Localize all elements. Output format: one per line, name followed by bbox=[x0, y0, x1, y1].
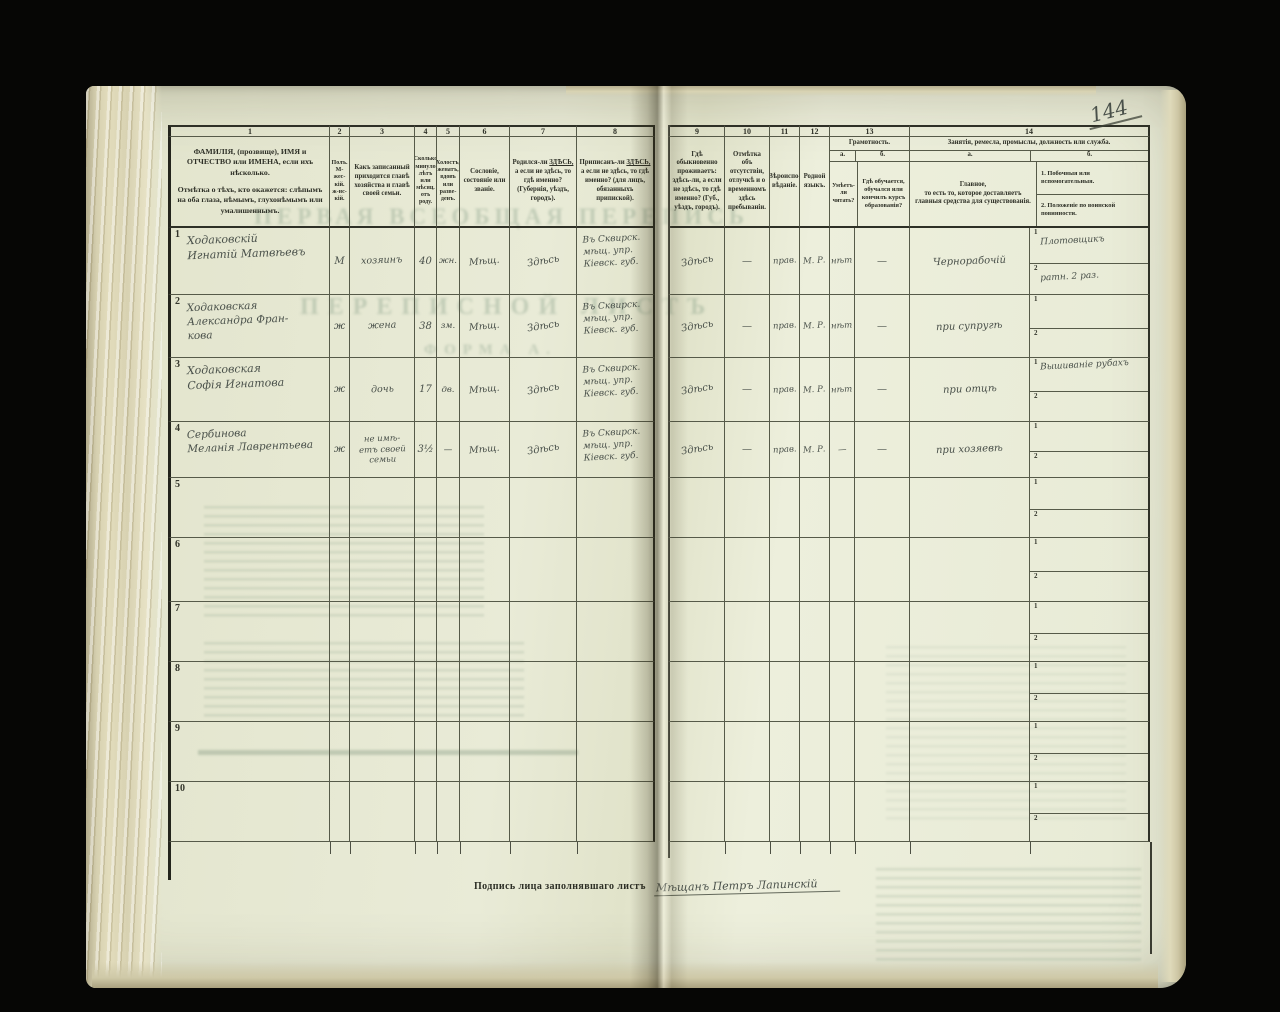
cell-registration: Въ Сквирск. мѣщ. упр. Кіевск. губ. bbox=[577, 422, 655, 478]
header-literacy-sublabels: а. б. bbox=[830, 151, 909, 162]
cell-registration bbox=[577, 722, 655, 782]
cell-sex: ж bbox=[330, 358, 350, 422]
cell-marital: жн. bbox=[437, 228, 460, 295]
cell-birthplace bbox=[510, 478, 577, 538]
header-surname-p1: ФАМИЛІЯ, (прозвище), ИМЯ и ОТЧЕСТВО или … bbox=[177, 147, 323, 179]
cell-name: 1Ходаковскій Игнатій Матвѣевъ bbox=[168, 228, 330, 295]
cell-residence bbox=[668, 538, 725, 602]
header-estate: Сословіе, состояніе или званіе. bbox=[460, 137, 510, 228]
cell-occupation-side: 1Вышиваніе рубахъ 2 bbox=[1030, 358, 1150, 422]
hw-occupation-main: Чернорабочій bbox=[933, 254, 1006, 268]
cell-sex: ж bbox=[330, 295, 350, 358]
hw-age: 38 bbox=[419, 321, 432, 332]
cell-occupation-main: Чернорабочій bbox=[910, 228, 1030, 295]
hw-name: Ходаковскій Игнатій Матвѣевъ bbox=[170, 228, 329, 264]
cell-literacy-b: — bbox=[855, 228, 910, 295]
cell-birthplace bbox=[510, 538, 577, 602]
column-line-extension bbox=[830, 842, 831, 854]
header-registration-text: Приписанъ-ли ЗДѢСЬ, а если не здѣсь, то … bbox=[579, 159, 651, 203]
sidebox-label: 1 bbox=[1034, 478, 1038, 486]
cell-age bbox=[415, 782, 437, 842]
cell-occupation-main bbox=[910, 782, 1030, 842]
cell-literacy-b: — bbox=[855, 295, 910, 358]
hw-religion: прав. bbox=[772, 444, 796, 455]
hw-birthplace: Здѣсь bbox=[526, 318, 560, 334]
cell-religion: прав. bbox=[770, 228, 800, 295]
hw-absence: — bbox=[742, 384, 752, 395]
hw-absence: — bbox=[742, 321, 752, 332]
header-absence: Отмѣтка объ отсутствіи, отлучкѣ и о врем… bbox=[725, 137, 770, 228]
cell-birthplace bbox=[510, 782, 577, 842]
cell-age bbox=[415, 602, 437, 662]
hw-relation: не имѣ- етъ своей семьи bbox=[358, 433, 406, 466]
cell-relation bbox=[350, 722, 415, 782]
gutter-gap bbox=[655, 228, 668, 295]
header-surname-p2: Отмѣтка о тѣхъ, кто окажется: слѣпымъ на… bbox=[177, 185, 323, 217]
sidebox-1: 1 bbox=[1030, 422, 1148, 452]
page-edge-stack-left bbox=[86, 86, 162, 988]
hw-occupation-side1: Плотовщикъ bbox=[1030, 228, 1148, 248]
record-row-3: 3Ходаковская Софія Игнатова ж дочь 17 дв… bbox=[168, 358, 1150, 422]
cell-birthplace: Здѣсь bbox=[510, 228, 577, 295]
cell-literacy-a: нѣт bbox=[830, 358, 855, 422]
gutter-gap bbox=[655, 422, 668, 478]
cell-absence: — bbox=[725, 358, 770, 422]
hw-estate: Мѣщ. bbox=[469, 443, 500, 457]
label-b: б. bbox=[1031, 151, 1148, 161]
cell-age: 3½ bbox=[415, 422, 437, 478]
record-row-8: 8 1 2 bbox=[168, 662, 1150, 722]
cell-residence bbox=[668, 602, 725, 662]
cell-occupation-side: 1 2 bbox=[1030, 422, 1150, 478]
cell-sex bbox=[330, 662, 350, 722]
hw-literacy-b: — bbox=[877, 321, 887, 332]
cell-literacy-a bbox=[830, 538, 855, 602]
cell-absence bbox=[725, 602, 770, 662]
cell-residence bbox=[668, 782, 725, 842]
hw-birthplace: Здѣсь bbox=[526, 442, 560, 458]
cell-name: 10 bbox=[168, 782, 330, 842]
hw-sex: ж bbox=[334, 321, 345, 332]
cell-religion bbox=[770, 782, 800, 842]
cell-literacy-a bbox=[830, 478, 855, 538]
cell-literacy-a bbox=[830, 722, 855, 782]
page-edge-stack-top bbox=[566, 86, 1096, 96]
header-literacy-title: Грамотность. bbox=[830, 137, 909, 151]
cell-occupation-side: 1 2 bbox=[1030, 722, 1150, 782]
header-occupation-title: Занятія, ремесла, промыслы, должность ил… bbox=[910, 137, 1148, 151]
cell-literacy-b bbox=[855, 478, 910, 538]
cell-marital: — bbox=[437, 422, 460, 478]
cell-name: 6 bbox=[168, 538, 330, 602]
cell-birthplace: Здѣсь bbox=[510, 295, 577, 358]
colnum-12: 12 bbox=[800, 125, 830, 137]
sidebox-label: 1 bbox=[1034, 782, 1038, 790]
signature-label: Подпись лица заполнявшаго листъ bbox=[474, 881, 646, 892]
header-row: ФАМИЛІЯ, (прозвище), ИМЯ и ОТЧЕСТВО или … bbox=[168, 137, 1150, 228]
cell-occupation-side: 1 2 bbox=[1030, 602, 1150, 662]
sidebox-1: 1 bbox=[1030, 538, 1148, 572]
column-line-extension bbox=[725, 842, 726, 854]
gutter-gap bbox=[655, 538, 668, 602]
cell-registration bbox=[577, 782, 655, 842]
hw-literacy-a: нѣт bbox=[831, 255, 853, 266]
hw-registration: Въ Сквирск. мѣщ. упр. Кіевск. губ. bbox=[577, 422, 654, 465]
cell-sex bbox=[330, 538, 350, 602]
cell-marital: зм. bbox=[437, 295, 460, 358]
sidebox-1: 1 bbox=[1030, 722, 1148, 754]
cell-birthplace bbox=[510, 602, 577, 662]
hw-estate: Мѣщ. bbox=[469, 254, 500, 268]
cell-registration bbox=[577, 662, 655, 722]
book-page-spread: ПЕРВАЯ ВСЕОБЩАЯ ПЕРЕПИСЬ ПЕРЕПИСНОЙ ЛИСТ… bbox=[86, 86, 1186, 988]
cell-relation bbox=[350, 782, 415, 842]
cell-age bbox=[415, 722, 437, 782]
cell-residence bbox=[668, 478, 725, 538]
hw-registration: Въ Сквирск. мѣщ. упр. Кіевск. губ. bbox=[577, 228, 654, 271]
hw-occupation-side1 bbox=[1030, 422, 1148, 432]
header-language: Родной языкъ. bbox=[800, 137, 830, 228]
cell-birthplace: Здѣсь bbox=[510, 422, 577, 478]
colnum-13: 13 bbox=[830, 125, 910, 137]
header-occupation-side1: 1. Побочныя или вспомогательныя. bbox=[1037, 162, 1148, 195]
cell-relation bbox=[350, 478, 415, 538]
cell-registration: Въ Сквирск. мѣщ. упр. Кіевск. губ. bbox=[577, 358, 655, 422]
hw-occupation-main: при супругѣ bbox=[936, 319, 1003, 332]
hw-occupation-side2: ратн. 2 раз. bbox=[1030, 261, 1148, 284]
hw-relation: жена bbox=[368, 320, 397, 333]
hw-registration: Въ Сквирск. мѣщ. упр. Кіевск. губ. bbox=[577, 358, 654, 401]
column-line-extension bbox=[800, 842, 801, 854]
sidebox-2: 2 bbox=[1030, 814, 1148, 841]
cell-religion: прав. bbox=[770, 422, 800, 478]
column-line-extension bbox=[330, 842, 331, 854]
hw-birthplace: Здѣсь bbox=[526, 382, 560, 398]
t: а если не здѣсь, то гдѣ именно? (Губерні… bbox=[515, 168, 571, 201]
header-age: Сколько минуло лѣтъ или мѣсяц. отъ роду. bbox=[415, 137, 437, 228]
t: Родился-ли bbox=[513, 159, 548, 166]
sidebox-2: 2 bbox=[1030, 392, 1148, 421]
sidebox-1: 1Вышиваніе рубахъ bbox=[1030, 358, 1148, 392]
label-a: а. bbox=[830, 151, 856, 161]
header-occupation-main: Главное, то есть то, которое доставляетъ… bbox=[910, 162, 1037, 226]
record-row-9: 9 1 2 bbox=[168, 722, 1150, 782]
header-occupation-subcells: Главное, то есть то, которое доставляетъ… bbox=[910, 162, 1148, 226]
label-a: а. bbox=[910, 151, 1031, 161]
record-row-1: 1Ходаковскій Игнатій Матвѣевъ М хозяинъ … bbox=[168, 228, 1150, 295]
cell-name: 2Ходаковская Александра Фран- кова bbox=[168, 295, 330, 358]
column-line-extension bbox=[168, 842, 171, 880]
hw-sex: М bbox=[334, 256, 344, 267]
sidebox-label: 1 bbox=[1034, 538, 1038, 546]
sidebox-label: 2 bbox=[1034, 814, 1038, 822]
cell-registration: Въ Сквирск. мѣщ. упр. Кіевск. губ. bbox=[577, 295, 655, 358]
sidebox-2: 2 bbox=[1030, 452, 1148, 477]
cell-occupation-side: 1 2 bbox=[1030, 662, 1150, 722]
cell-name: 3Ходаковская Софія Игнатова bbox=[168, 358, 330, 422]
cell-residence: Здѣсь bbox=[668, 422, 725, 478]
header-relation: Какъ записанный приходится главѣ хозяйст… bbox=[350, 137, 415, 228]
sidebox-2: 2 bbox=[1030, 754, 1148, 781]
cell-birthplace bbox=[510, 662, 577, 722]
cell-literacy-b bbox=[855, 662, 910, 722]
header-sex: Полъ. М-жес- кій. ж-нс- кій. bbox=[330, 137, 350, 228]
column-line-extension bbox=[350, 842, 351, 854]
cell-literacy-a: — bbox=[830, 422, 855, 478]
sidebox-label: 2 bbox=[1034, 694, 1038, 702]
column-line-extension bbox=[1030, 842, 1031, 854]
hw-residence: Здѣсь bbox=[680, 253, 714, 269]
hw-religion: прав. bbox=[772, 384, 796, 395]
cell-occupation-main bbox=[910, 662, 1030, 722]
sidebox-1: 1 bbox=[1030, 295, 1148, 329]
t: а если не здѣсь, то гдѣ именно? (для лиц… bbox=[581, 168, 649, 201]
header-literacy-b: Гдѣ обучается, обучался или кончилъ курс… bbox=[858, 162, 909, 226]
hw-occupation-side1: Вышиваніе рубахъ bbox=[1030, 358, 1148, 373]
sidebox-1: 1 bbox=[1030, 662, 1148, 694]
colnum-8: 8 bbox=[577, 125, 655, 137]
header-occupation: Занятія, ремесла, промыслы, должность ил… bbox=[910, 137, 1150, 228]
cell-estate bbox=[460, 602, 510, 662]
header-marital: Холостъ, женатъ, вдовъ или разве- денъ. bbox=[437, 137, 460, 228]
cell-language: М. Р. bbox=[800, 358, 830, 422]
hw-residence: Здѣсь bbox=[680, 442, 714, 458]
handwritten-signature: Мѣщанъ Петръ Лапинскій bbox=[654, 877, 840, 897]
sidebox-2: 2 bbox=[1030, 510, 1148, 537]
cell-occupation-main: при отцѣ bbox=[910, 358, 1030, 422]
hw-residence: Здѣсь bbox=[680, 382, 714, 398]
gutter-gap bbox=[655, 478, 668, 538]
cell-birthplace: Здѣсь bbox=[510, 358, 577, 422]
hw-language: М. Р. bbox=[803, 384, 826, 395]
colnum-6: 6 bbox=[460, 125, 510, 137]
sidebox-2: 2ратн. 2 раз. bbox=[1030, 264, 1148, 294]
cell-registration bbox=[577, 602, 655, 662]
cell-age bbox=[415, 478, 437, 538]
cell-age bbox=[415, 662, 437, 722]
colnum-11: 11 bbox=[770, 125, 800, 137]
hw-language: М. Р. bbox=[803, 320, 826, 331]
cell-literacy-a bbox=[830, 782, 855, 842]
column-number-row: 1 2 3 4 5 6 7 8 9 10 11 12 13 14 bbox=[168, 125, 1150, 137]
cell-religion bbox=[770, 662, 800, 722]
hw-age: 3½ bbox=[417, 444, 433, 455]
column-line-extension bbox=[415, 842, 416, 854]
gutter-gap bbox=[655, 358, 668, 422]
header-birthplace-text: Родился-ли ЗДѢСЬ, а если не здѣсь, то гд… bbox=[512, 159, 574, 203]
cell-occupation-main bbox=[910, 722, 1030, 782]
hw-religion: прав. bbox=[772, 255, 796, 266]
sidebox-label: 1 bbox=[1034, 662, 1038, 670]
cell-residence: Здѣсь bbox=[668, 295, 725, 358]
cell-estate bbox=[460, 478, 510, 538]
header-literacy-subcells: Умѣетъ- ли читать? Гдѣ обучается, обучал… bbox=[830, 162, 909, 226]
gutter-gap bbox=[655, 722, 668, 782]
gutter-gap bbox=[655, 782, 668, 842]
column-line-extension bbox=[577, 842, 578, 854]
cell-occupation-main: при супругѣ bbox=[910, 295, 1030, 358]
cell-estate: Мѣщ. bbox=[460, 422, 510, 478]
column-line-extension bbox=[1150, 842, 1152, 954]
sidebox-label: 2 bbox=[1034, 572, 1038, 580]
cell-occupation-main bbox=[910, 602, 1030, 662]
colnum-9: 9 bbox=[668, 125, 725, 137]
sidebox-1: 1 bbox=[1030, 478, 1148, 510]
cell-literacy-a bbox=[830, 662, 855, 722]
bleed-through-paragraph bbox=[876, 868, 1141, 963]
cell-absence bbox=[725, 782, 770, 842]
column-line-extension bbox=[510, 842, 511, 854]
hw-occupation-main: при хозяевѣ bbox=[936, 443, 1003, 456]
cell-literacy-b bbox=[855, 538, 910, 602]
cell-literacy-a: нѣт bbox=[830, 228, 855, 295]
hw-literacy-b: — bbox=[877, 384, 887, 395]
hw-marital: зм. bbox=[441, 321, 455, 331]
cell-religion: прав. bbox=[770, 358, 800, 422]
cell-literacy-b bbox=[855, 722, 910, 782]
record-row-7: 7 1 2 bbox=[168, 602, 1150, 662]
sidebox-2: 2 bbox=[1030, 572, 1148, 601]
hw-literacy-a: — bbox=[837, 444, 846, 454]
cell-absence: — bbox=[725, 422, 770, 478]
hw-relation: дочь bbox=[370, 383, 393, 396]
record-row-5: 5 1 2 bbox=[168, 478, 1150, 538]
hw-absence: — bbox=[742, 256, 752, 267]
cell-name: 7 bbox=[168, 602, 330, 662]
cell-relation bbox=[350, 602, 415, 662]
sidebox-1: 1Плотовщикъ bbox=[1030, 228, 1148, 264]
hw-sex: ж bbox=[334, 384, 345, 395]
column-line-extension bbox=[910, 842, 911, 854]
header-literacy: Грамотность. а. б. Умѣетъ- ли читать? Гд… bbox=[830, 137, 910, 228]
cell-sex bbox=[330, 602, 350, 662]
cell-absence bbox=[725, 478, 770, 538]
cell-birthplace bbox=[510, 722, 577, 782]
cell-registration: Въ Сквирск. мѣщ. упр. Кіевск. губ. bbox=[577, 228, 655, 295]
cell-occupation-main: при хозяевѣ bbox=[910, 422, 1030, 478]
hw-age: 17 bbox=[419, 384, 432, 395]
cell-marital bbox=[437, 722, 460, 782]
hw-sex: ж bbox=[334, 444, 345, 455]
cell-occupation-side: 1 2 bbox=[1030, 782, 1150, 842]
cell-literacy-b: — bbox=[855, 422, 910, 478]
cell-age: 17 bbox=[415, 358, 437, 422]
colnum-14: 14 bbox=[910, 125, 1150, 137]
cell-sex: М bbox=[330, 228, 350, 295]
cell-sex bbox=[330, 722, 350, 782]
cell-residence: Здѣсь bbox=[668, 358, 725, 422]
cell-name: 8 bbox=[168, 662, 330, 722]
cell-literacy-b bbox=[855, 602, 910, 662]
cell-estate bbox=[460, 722, 510, 782]
page-edge-stack-right bbox=[1160, 90, 1186, 982]
cell-marital bbox=[437, 602, 460, 662]
header-religion: Вѣроиспо- вѣданіе. bbox=[770, 137, 800, 228]
column-line-extension bbox=[437, 842, 438, 854]
cell-religion bbox=[770, 602, 800, 662]
header-residence: Гдѣ обыкновенно проживаетъ: здѣсь-ли, а … bbox=[668, 137, 725, 228]
hw-relation: хозяинъ bbox=[361, 254, 403, 267]
hw-religion: прав. bbox=[772, 320, 796, 331]
t-underlined: ЗДѢСЬ, bbox=[549, 159, 573, 166]
hw-marital: — bbox=[444, 445, 453, 455]
cell-occupation-side: 1 2 bbox=[1030, 538, 1150, 602]
cell-age: 38 bbox=[415, 295, 437, 358]
cell-language: М. Р. bbox=[800, 295, 830, 358]
header-registration: Приписанъ-ли ЗДѢСЬ, а если не здѣсь, то … bbox=[577, 137, 655, 228]
cell-occupation-main bbox=[910, 478, 1030, 538]
cell-literacy-a bbox=[830, 602, 855, 662]
cell-relation: дочь bbox=[350, 358, 415, 422]
hw-name: Ходаковская Софія Игнатова bbox=[170, 358, 329, 394]
cell-age: 40 bbox=[415, 228, 437, 295]
column-line-extension bbox=[770, 842, 771, 854]
hw-marital: жн. bbox=[439, 256, 457, 266]
cell-relation: жена bbox=[350, 295, 415, 358]
header-literacy-a: Умѣетъ- ли читать? bbox=[830, 162, 858, 226]
row-number: 7 bbox=[175, 603, 180, 614]
cell-relation: не имѣ- етъ своей семьи bbox=[350, 422, 415, 478]
cell-marital bbox=[437, 478, 460, 538]
sidebox-1: 1 bbox=[1030, 602, 1148, 634]
column-line-extension bbox=[855, 842, 856, 854]
hw-registration: Въ Сквирск. мѣщ. упр. Кіевск. губ. bbox=[577, 295, 654, 338]
signature-block: Подпись лица заполнявшаго листъМѣщанъ Пе… bbox=[474, 876, 840, 894]
gutter-gap bbox=[655, 295, 668, 358]
header-birthplace: Родился-ли ЗДѢСЬ, а если не здѣсь, то гд… bbox=[510, 137, 577, 228]
cell-occupation-main bbox=[910, 538, 1030, 602]
row-number: 6 bbox=[175, 539, 180, 550]
column-line-extension bbox=[460, 842, 461, 854]
cell-relation bbox=[350, 662, 415, 722]
hw-name: Сербинова Меланія Лаврентьева bbox=[170, 422, 329, 457]
cell-religion bbox=[770, 538, 800, 602]
cell-sex bbox=[330, 478, 350, 538]
header-occupation-side: 1. Побочныя или вспомогательныя. 2. Поло… bbox=[1037, 162, 1148, 226]
hw-age: 40 bbox=[419, 256, 432, 267]
cell-marital bbox=[437, 538, 460, 602]
t-underlined: ЗДѢСЬ, bbox=[626, 159, 650, 166]
cell-religion bbox=[770, 478, 800, 538]
hw-literacy-a: нѣт bbox=[831, 320, 853, 331]
cell-language: М. Р. bbox=[800, 422, 830, 478]
cell-sex: ж bbox=[330, 422, 350, 478]
hw-birthplace: Здѣсь bbox=[526, 253, 560, 269]
record-row-6: 6 1 2 bbox=[168, 538, 1150, 602]
cell-name: 5 bbox=[168, 478, 330, 538]
hw-estate: Мѣщ. bbox=[469, 319, 500, 333]
colnum-5: 5 bbox=[437, 125, 460, 137]
header-occupation-side2: 2. Положеніе по воинской повинности. bbox=[1037, 195, 1148, 227]
record-row-2: 2Ходаковская Александра Фран- кова ж жен… bbox=[168, 295, 1150, 358]
hw-language: М. Р. bbox=[803, 255, 826, 266]
cell-name: 9 bbox=[168, 722, 330, 782]
cell-absence: — bbox=[725, 228, 770, 295]
label-b: б. bbox=[856, 151, 909, 161]
cell-residence bbox=[668, 662, 725, 722]
page-edge-stack-bottom bbox=[92, 962, 1158, 988]
cell-language bbox=[800, 478, 830, 538]
hw-marital: дв. bbox=[441, 385, 454, 395]
cell-occupation-side: 1Плотовщикъ 2ратн. 2 раз. bbox=[1030, 228, 1150, 295]
census-table: 1 2 3 4 5 6 7 8 9 10 11 12 13 14 ФАМИЛІЯ… bbox=[168, 125, 1150, 842]
cell-language bbox=[800, 662, 830, 722]
hw-literacy-a: нѣт bbox=[831, 384, 853, 395]
cell-marital bbox=[437, 662, 460, 722]
cell-residence: Здѣсь bbox=[668, 228, 725, 295]
record-row-4: 4Сербинова Меланія Лаврентьева ж не имѣ-… bbox=[168, 422, 1150, 478]
cell-absence bbox=[725, 662, 770, 722]
